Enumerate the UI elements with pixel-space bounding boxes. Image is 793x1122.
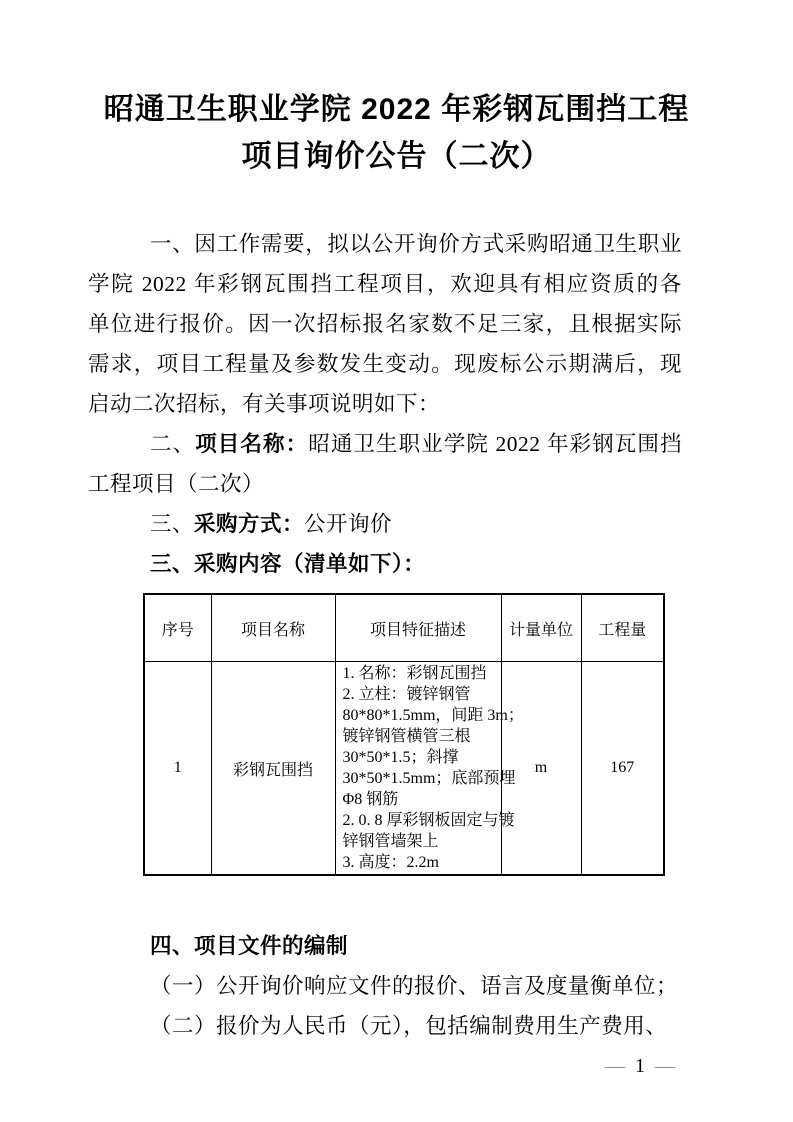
title-line-1: 昭通卫生职业学院 2022 年彩钢瓦围挡工程 (0, 86, 793, 133)
cell-name: 彩钢瓦围挡 (211, 662, 335, 876)
cell-seq: 1 (144, 662, 211, 876)
item-label: 采购方式： (194, 512, 304, 536)
title-line-2: 项目询价公告（二次） (0, 133, 793, 180)
cell-description: 1. 名称：彩钢瓦围挡 2. 立柱：镀锌钢管 80*80*1.5mm，间距 3m… (335, 662, 501, 876)
description-line: 镀锌钢管横管三根 (343, 726, 499, 747)
description-line: 30*50*1.5；斜撑 (343, 747, 499, 768)
section-four-line: （一）公开询价响应文件的报价、语言及度量衡单位； (88, 966, 682, 1006)
table-header-row: 序号 项目名称 项目特征描述 计量单位 工程量 (144, 594, 664, 662)
document-page: 昭通卫生职业学院 2022 年彩钢瓦围挡工程 项目询价公告（二次） 一、因工作需… (0, 0, 793, 1122)
column-header-seq: 序号 (144, 594, 211, 662)
page-number-dash-right: — (655, 1055, 675, 1077)
description-line: 30*50*1.5mm；底部预埋 (343, 768, 499, 789)
description-line: Φ8 钢筋 (343, 789, 499, 810)
paragraph-line: 学院 2022 年彩钢瓦围挡工程项目，欢迎具有相应资质的各 (88, 264, 682, 304)
description-line: 锌钢管墙架上 (343, 831, 499, 852)
table-row: 1 彩钢瓦围挡 1. 名称：彩钢瓦围挡 2. 立柱：镀锌钢管 80*80*1.5… (144, 662, 664, 876)
page-number: —1— (605, 1053, 675, 1079)
procurement-items-table: 序号 项目名称 项目特征描述 计量单位 工程量 1 彩钢瓦围挡 1. 名称：彩钢… (143, 593, 665, 876)
item-project-name-continued: 工程项目（二次） (88, 464, 682, 504)
item-value: 昭通卫生职业学院 2022 年彩钢瓦围挡 (308, 432, 682, 456)
column-header-name: 项目名称 (211, 594, 335, 662)
item-number-prefix: 三、 (150, 512, 194, 536)
item-procurement-content: 三、采购内容（清单如下）： (88, 544, 682, 584)
description-line: 2. 立柱：镀锌钢管 (343, 684, 499, 705)
body-paragraphs: 一、因工作需要，拟以公开询价方式采购昭通卫生职业 学院 2022 年彩钢瓦围挡工… (88, 224, 682, 584)
item-procurement-method: 三、采购方式：公开询价 (88, 504, 682, 544)
paragraph-line: 需求，项目工程量及参数发生变动。现废标公示期满后，现 (88, 344, 682, 384)
section-four-line: （二）报价为人民币（元），包括编制费用生产费用、 (88, 1006, 682, 1046)
cell-unit: m (501, 662, 581, 876)
paragraph-line: 启动二次招标，有关事项说明如下： (88, 384, 682, 424)
page-number-dash-left: — (605, 1055, 625, 1077)
section-four: 四、项目文件的编制 （一）公开询价响应文件的报价、语言及度量衡单位； （二）报价… (88, 926, 682, 1046)
document-title: 昭通卫生职业学院 2022 年彩钢瓦围挡工程 项目询价公告（二次） (0, 86, 793, 180)
description-line: 2. 0. 8 厚彩钢板固定与镀 (343, 810, 499, 831)
column-header-description: 项目特征描述 (335, 594, 501, 662)
page-number-value: 1 (625, 1055, 655, 1077)
description-line: 3. 高度：2.2m (343, 852, 499, 873)
item-project-name: 二、项目名称：昭通卫生职业学院 2022 年彩钢瓦围挡 (88, 424, 682, 464)
section-four-heading: 四、项目文件的编制 (88, 926, 682, 966)
item-number-prefix: 二、 (150, 432, 195, 456)
description-line: 80*80*1.5mm，间距 3m； (343, 705, 499, 726)
item-label: 项目名称： (195, 432, 308, 456)
description-line: 1. 名称：彩钢瓦围挡 (343, 663, 499, 684)
item-value: 公开询价 (304, 512, 392, 536)
paragraph-line: 一、因工作需要，拟以公开询价方式采购昭通卫生职业 (88, 224, 682, 264)
paragraph-line: 单位进行报价。因一次招标报名家数不足三家，且根据实际 (88, 304, 682, 344)
column-header-unit: 计量单位 (501, 594, 581, 662)
cell-quantity: 167 (581, 662, 664, 876)
column-header-quantity: 工程量 (581, 594, 664, 662)
